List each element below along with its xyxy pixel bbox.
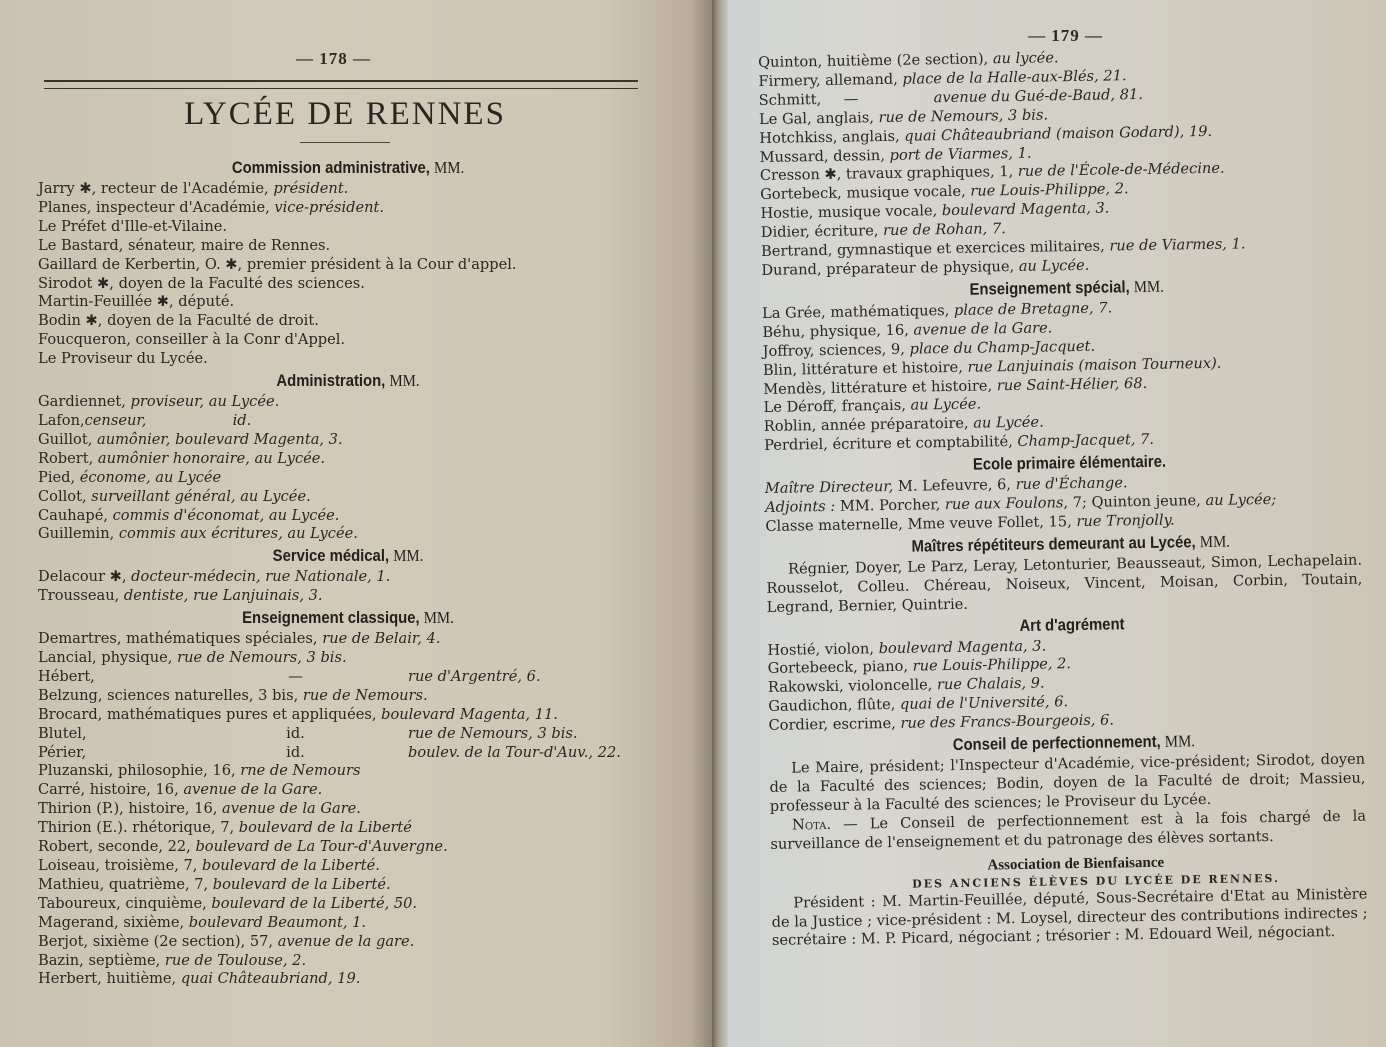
book-gutter bbox=[712, 0, 728, 1047]
entry-address: avenue de la Gare. bbox=[909, 319, 1053, 338]
entry-address: rue de Nemours, 3 bis. bbox=[172, 649, 346, 666]
entry-name: Belzung, bbox=[38, 687, 103, 704]
entry-name: Bodin ✱, bbox=[38, 312, 102, 329]
entry-role: musique vocale, bbox=[842, 183, 966, 202]
entry-address: rue Louis-Philippe, 2. bbox=[908, 656, 1071, 676]
list-item: Lancial, physique, rue de Nemours, 3 bis… bbox=[38, 649, 658, 668]
entry-role: anglais, bbox=[812, 109, 875, 127]
entry-role: commis d'économat, bbox=[108, 507, 264, 524]
entry-role: allemand, bbox=[820, 71, 897, 89]
entry-name: Périer, bbox=[38, 744, 183, 763]
list-item: Taboureux, cinquième, boulevard de la Li… bbox=[38, 895, 658, 914]
list-item: Le Bastard, sénateur, maire de Rennes. bbox=[38, 237, 658, 256]
entry-role: id. bbox=[183, 725, 408, 744]
entry-address: boulevard de la Liberté. bbox=[197, 857, 379, 874]
entry-role: travaux graphiques, 1, bbox=[841, 163, 1013, 183]
entry-name: Herbert, bbox=[38, 970, 102, 987]
section-heading-enseignement-classique: Enseignement classique, MM. bbox=[69, 606, 627, 630]
entry-address: rue de Viarmes, 1. bbox=[1105, 235, 1246, 254]
entry-name: Jarry ✱, bbox=[38, 180, 96, 197]
entry-address: rue des Francs-Bourgeois, 6. bbox=[896, 712, 1114, 732]
entry-role: député. bbox=[174, 293, 235, 310]
list-item: Pluzanski, philosophie, 16, rne de Nemou… bbox=[38, 762, 658, 781]
entry-address: rue de Toulouse, 2. bbox=[160, 952, 306, 969]
entry-name: Cordier, bbox=[768, 716, 828, 734]
entry-role: troisième, 7, bbox=[100, 857, 197, 874]
entry-role: surveillant général, bbox=[87, 488, 236, 505]
entry-name: Loiseau, bbox=[38, 857, 100, 874]
entry-address: port de Viarmes, 1. bbox=[885, 144, 1032, 163]
entry-address: au Lycée bbox=[151, 469, 222, 486]
entry-name: Lafon, bbox=[38, 412, 85, 429]
entry-role: quatrième, 7, bbox=[104, 876, 208, 893]
list-item: Périer,id.boulev. de la Tour-d'Auv., 22. bbox=[38, 744, 658, 763]
list-item: Le Proviseur du Lycée. bbox=[38, 350, 658, 369]
entry-address: rue de Nemours. bbox=[298, 687, 427, 704]
list-item: Magerand, sixième, boulevard Beaumont, 1… bbox=[38, 914, 658, 933]
entry-address: rue de Nemours, 3 bis. bbox=[408, 725, 578, 742]
entry-name: Cauhapé, bbox=[38, 507, 108, 524]
entry-role: physique, bbox=[97, 649, 173, 666]
entry-role: histoire, 16, bbox=[124, 800, 218, 817]
entry-address: boulevard Magenta, 3. bbox=[170, 431, 342, 448]
section-art-agrement-list: Hostié, violon, boulevard Magenta, 3.Gor… bbox=[767, 632, 1378, 736]
entry-name: Le Préfet d'Ille-et-Vilaine. bbox=[38, 218, 227, 235]
entry-name: Brocard, bbox=[38, 706, 102, 723]
entry-role: sixième, bbox=[119, 914, 184, 931]
entry-role: docteur-médecin, bbox=[127, 568, 261, 585]
entry-role: piano, bbox=[858, 658, 908, 676]
entry-role: sénateur, maire de Rennes. bbox=[123, 237, 330, 254]
entry-name: Durand, bbox=[761, 261, 821, 279]
list-item: Robert, seconde, 22, boulevard de La Tou… bbox=[38, 838, 658, 857]
maitres-repetiteurs-paragraph: Régnier, Doyer, Le Parz, Leray, Letontur… bbox=[766, 551, 1363, 617]
entry-name: Blutel, bbox=[38, 725, 183, 744]
entry-name: Mendès, bbox=[763, 379, 826, 397]
entry-address: avenue de la Gare. bbox=[179, 781, 323, 798]
entry-address: rue Lanjuinais, 3. bbox=[188, 587, 322, 604]
page-number-left: — 178 — bbox=[296, 49, 371, 69]
entry-address: rne de Nemours bbox=[236, 762, 361, 779]
entry-role: littérature et histoire, bbox=[797, 358, 963, 378]
association-paragraph: Président : M. Martin-Feuillée, député, … bbox=[771, 885, 1368, 951]
conseil-paragraph: Le Maire, président; l'Inspecteur d'Acad… bbox=[769, 751, 1366, 817]
entry-role: année préparatoire, bbox=[816, 415, 969, 434]
entry-address: id. bbox=[185, 412, 252, 429]
entry-address: rue Lanjuinais (maison Tourneux). bbox=[963, 354, 1222, 375]
list-item: Demartres, mathématiques spéciales, rue … bbox=[38, 630, 658, 649]
entry-address: au Lycée. bbox=[264, 507, 339, 524]
list-item: Bodin ✱, doyen de la Faculté de droit. bbox=[38, 312, 658, 331]
list-item: Sirodot ✱, doyen de la Faculté des scien… bbox=[38, 275, 658, 294]
entry-role: physique, 16, bbox=[805, 321, 909, 340]
list-item: Thirion (E.). rhétorique, 7, boulevard d… bbox=[38, 819, 658, 838]
ecole-primaire-list: Maître Directeur, M. Lefeuvre, 6, rue d'… bbox=[765, 470, 1376, 536]
entry-name: Thirion (P.), bbox=[38, 800, 124, 817]
list-item: Trousseau, dentiste, rue Lanjuinais, 3. bbox=[38, 587, 658, 606]
right-column: Quinton, huitième (2e section), au lycée… bbox=[758, 44, 1382, 951]
list-item: Pied, économe, au Lycée bbox=[38, 469, 658, 488]
entry-name: Béhu, bbox=[762, 323, 805, 341]
entry-name: Pied, bbox=[38, 469, 75, 486]
entry-name: Demartres, bbox=[38, 630, 121, 647]
entry-name: Hostié, bbox=[767, 641, 820, 659]
entry-name: Mussard, bbox=[759, 147, 828, 165]
list-item: Carré, histoire, 16, avenue de la Gare. bbox=[38, 781, 658, 800]
page-title: LYCÉE DE RENNES bbox=[0, 96, 690, 133]
list-item: Herbert, huitième, quai Châteaubriand, 1… bbox=[38, 970, 658, 989]
entry-role: — bbox=[183, 668, 408, 687]
entry-name: Planes, bbox=[38, 199, 91, 216]
list-item: Belzung, sciences naturelles, 3 bis, rue… bbox=[38, 687, 658, 706]
section-administration-list: Gardiennet, proviseur, au Lycée.Lafon, c… bbox=[38, 393, 658, 544]
entry-name: Mathieu, bbox=[38, 876, 104, 893]
entry-address: avenue de la Gare. bbox=[217, 800, 361, 817]
entry-address: rue Saint-Hélier, 68. bbox=[992, 374, 1147, 393]
entry-name: Le Déroff, bbox=[763, 398, 837, 416]
list-item: Foucqueron, conseiller à la Conr d'Appel… bbox=[38, 331, 658, 350]
entry-role: premier président à la Cour d'appel. bbox=[242, 256, 516, 273]
entry-address: boulevard de la Liberté. bbox=[208, 876, 390, 893]
entry-role: huitième, bbox=[102, 970, 176, 987]
list-item: Mathieu, quatrième, 7, boulevard de la L… bbox=[38, 876, 658, 895]
continued-entries-list: Quinton, huitième (2e section), au lycée… bbox=[758, 44, 1371, 280]
entry-name: Hotchkiss, bbox=[759, 128, 837, 146]
entry-name: Thirion (E.). bbox=[38, 819, 128, 836]
section-enseignement-special-list: La Grée, mathématiques, place de Bretagn… bbox=[762, 295, 1374, 456]
entry-address: rue Chalais, 9. bbox=[932, 675, 1045, 694]
entry-address: au Lycée. bbox=[204, 393, 279, 410]
left-column: Commission administrative, MM. Jarry ✱, … bbox=[38, 184, 658, 989]
entry-name: Berjot, bbox=[38, 933, 88, 950]
entry-role: censeur, bbox=[85, 412, 185, 431]
entry-role: escrime, bbox=[828, 715, 896, 733]
entry-role: écriture et comptabilité, bbox=[828, 433, 1013, 453]
entry-address: au Lycée. bbox=[250, 450, 325, 467]
entry-address: boulevard Beaumont, 1. bbox=[184, 914, 366, 931]
list-item: Collot, surveillant général, au Lycée. bbox=[38, 488, 658, 507]
entry-role: mathématiques, bbox=[826, 302, 950, 321]
header-double-rule bbox=[44, 80, 638, 89]
list-item: Thirion (P.), histoire, 16, avenue de la… bbox=[38, 800, 658, 819]
entry-address: vice-président. bbox=[270, 199, 384, 216]
entry-name: Robert, bbox=[38, 450, 93, 467]
entry-name: Delacour ✱, bbox=[38, 568, 127, 585]
entry-role: philosophie, 16, bbox=[113, 762, 235, 779]
entry-role: sciences naturelles, 3 bis, bbox=[103, 687, 299, 704]
list-item: Bazin, septième, rue de Toulouse, 2. bbox=[38, 952, 658, 971]
entry-role: français, bbox=[837, 397, 906, 415]
entry-address: président. bbox=[269, 180, 349, 197]
entry-address: place de la Halle-aux-Blés, 21. bbox=[898, 67, 1127, 88]
entry-name: Hostie, bbox=[760, 204, 813, 222]
entry-role: écriture, bbox=[810, 222, 879, 240]
entry-name: Gardiennet, bbox=[38, 393, 126, 410]
entry-address: avenue du Gué-de-Baud, 81. bbox=[934, 86, 1143, 106]
entry-role: aumônier, bbox=[92, 431, 170, 448]
section-service-medical-list: Delacour ✱, docteur-médecin, rue Nationa… bbox=[38, 568, 658, 606]
list-item: Hébert,—rue d'Argentré, 6. bbox=[38, 668, 658, 687]
entry-address: au lycée. bbox=[988, 49, 1059, 67]
entry-name: Robert, bbox=[38, 838, 93, 855]
entry-name: Joffroy, bbox=[763, 342, 815, 360]
entry-role: préparateur de physique, bbox=[821, 258, 1014, 278]
list-item: Loiseau, troisième, 7, boulevard de la L… bbox=[38, 857, 658, 876]
entry-address: place de Bretagne, 7. bbox=[949, 299, 1112, 319]
entry-address: boulevard de La Tour-d'Auvergne. bbox=[191, 838, 448, 855]
entry-role: anglais, bbox=[837, 127, 900, 145]
entry-role: dessin, bbox=[828, 147, 885, 165]
entry-address: quai Châteaubriand (maison Godard), 19. bbox=[899, 123, 1212, 145]
entry-address: au Lycée. bbox=[906, 396, 981, 414]
entry-name: Rakowski, bbox=[768, 678, 844, 696]
entry-name: Taboureux, bbox=[38, 895, 121, 912]
entry-name: Martin-Feuillée ✱, bbox=[38, 293, 174, 310]
entry-role: septième, bbox=[84, 952, 160, 969]
entry-address: au Lycée. bbox=[968, 414, 1043, 432]
list-item: Guillot, aumônier, boulevard Magenta, 3. bbox=[38, 431, 658, 450]
list-item: Delacour ✱, docteur-médecin, rue Nationa… bbox=[38, 568, 658, 587]
entry-role: histoire, 16, bbox=[85, 781, 179, 798]
entry-address: boulevard de la Liberté, 50. bbox=[207, 895, 417, 912]
nota-paragraph: Nota. — Le Conseil de perfectionnement e… bbox=[770, 807, 1367, 854]
entry-role: littérature et histoire, bbox=[826, 377, 992, 397]
entry-name: Guillot, bbox=[38, 431, 92, 448]
entry-name: Gaudichon, bbox=[768, 697, 852, 715]
section-enseignement-classique-list: Demartres, mathématiques spéciales, rue … bbox=[38, 630, 658, 989]
entry-address: boulevard de la Liberté bbox=[234, 819, 412, 836]
entry-name: Hébert, bbox=[38, 668, 183, 687]
entry-address: place du Champ-Jacquet. bbox=[905, 337, 1095, 357]
title-underline bbox=[300, 142, 390, 143]
list-item: Blutel,id.rue de Nemours, 3 bis. bbox=[38, 725, 658, 744]
list-item: Lafon, censeur,id. bbox=[38, 412, 658, 431]
entry-address: rue de Belair, 4. bbox=[318, 630, 441, 647]
entry-role: recteur de l'Académie, bbox=[96, 180, 268, 197]
entry-address: rue Louis-Philippe, 2. bbox=[966, 181, 1129, 201]
entry-name: Lancial, bbox=[38, 649, 97, 666]
entry-address: rue d'Argentré, 6. bbox=[408, 668, 541, 685]
list-item: Berjot, sixième (2e section), 57, avenue… bbox=[38, 933, 658, 952]
entry-address: au Lycée. bbox=[283, 525, 358, 542]
entry-address: quai de l'Université, 6. bbox=[895, 693, 1068, 713]
entry-address: rue de l'École-de-Médecine. bbox=[1013, 160, 1225, 180]
entry-role: commis aux écritures, bbox=[114, 525, 283, 542]
entry-address: rue de Nemours, 3 bis. bbox=[874, 106, 1048, 126]
entry-role: violoncelle, bbox=[844, 677, 933, 695]
entry-role: sciences, 9, bbox=[814, 340, 905, 358]
entry-address: avenue de la gare. bbox=[273, 933, 414, 950]
list-item: Le Préfet d'Ille-et-Vilaine. bbox=[38, 218, 658, 237]
entry-role: musique vocale, bbox=[813, 202, 937, 221]
entry-name: Collot, bbox=[38, 488, 87, 505]
entry-address: boulev. de la Tour-d'Auv., 22. bbox=[408, 744, 621, 761]
entry-role: mathématiques spéciales, bbox=[121, 630, 317, 647]
entry-name: Le Gal, bbox=[759, 110, 812, 128]
entry-role: dentiste, bbox=[119, 587, 188, 604]
entry-address: boulevard Magenta, 3. bbox=[937, 200, 1109, 220]
entry-address: Champ-Jacquet, 7. bbox=[1013, 431, 1154, 450]
entry-role: doyen de la Faculté de droit. bbox=[102, 312, 318, 329]
entry-role: inspecteur d'Académie, bbox=[91, 199, 269, 216]
entry-role: id. bbox=[183, 744, 408, 763]
entry-name: Perdriel, bbox=[764, 436, 828, 454]
entry-role: conseiller à la Conr d'Appel. bbox=[131, 331, 345, 348]
entry-role: violon, bbox=[820, 640, 874, 658]
entry-address: rue Nationale, 1. bbox=[261, 568, 391, 585]
section-commission-list: Jarry ✱, recteur de l'Académie, présiden… bbox=[38, 180, 658, 369]
entry-role: seconde, 22, bbox=[93, 838, 191, 855]
entry-name: Magerand, bbox=[38, 914, 119, 931]
entry-name: Guillemin, bbox=[38, 525, 114, 542]
entry-address: au Lycée. bbox=[1014, 257, 1089, 275]
list-item: Robert, aumônier honoraire, au Lycée. bbox=[38, 450, 658, 469]
section-heading-commission: Commission administrative, MM. bbox=[69, 156, 627, 180]
entry-name: Carré, bbox=[38, 781, 85, 798]
entry-name: La Grée, bbox=[762, 304, 826, 322]
entry-role: mathématiques pures et appliquées, bbox=[102, 706, 376, 723]
entry-name: Sirodot ✱, bbox=[38, 275, 114, 292]
list-item: Martin-Feuillée ✱, député. bbox=[38, 293, 658, 312]
section-heading-administration: Administration, MM. bbox=[69, 369, 627, 393]
left-page: — 178 — LYCÉE DE RENNES Commission admin… bbox=[0, 0, 712, 1047]
entry-role: proviseur, bbox=[126, 393, 204, 410]
section-heading-service-medical: Service médical, MM. bbox=[69, 544, 627, 568]
entry-address: rue de Rohan, 7. bbox=[878, 220, 1006, 239]
entry-name: Cresson ✱, bbox=[760, 166, 842, 184]
entry-role: sixième (2e section), 57, bbox=[88, 933, 273, 950]
entry-name: Schmitt, bbox=[759, 91, 834, 111]
entry-role: aumônier honoraire, bbox=[93, 450, 250, 467]
page-number-right: — 179 — bbox=[1028, 26, 1103, 46]
list-item: Planes, inspecteur d'Académie, vice-prés… bbox=[38, 199, 658, 218]
entry-name: Foucqueron, bbox=[38, 331, 131, 348]
entry-role: flûte, bbox=[852, 696, 895, 714]
entry-name: Le Bastard, bbox=[38, 237, 123, 254]
entry-role: économe, bbox=[75, 469, 151, 486]
entry-role: doyen de la Faculté des sciences. bbox=[114, 275, 365, 292]
entry-address: boulevard Magenta, 3. bbox=[874, 637, 1046, 657]
list-item: Guillemin, commis aux écritures, au Lycé… bbox=[38, 525, 658, 544]
list-item: Gardiennet, proviseur, au Lycée. bbox=[38, 393, 658, 412]
entry-address: boulevard Magenta, 11. bbox=[376, 706, 557, 723]
entry-name: Blin, bbox=[763, 361, 797, 379]
entry-address: au Lycée. bbox=[236, 488, 311, 505]
list-item: Gaillard de Kerbertin, O. ✱, premier pré… bbox=[38, 256, 658, 275]
entry-name: Roblin, bbox=[764, 417, 817, 435]
entry-role: — bbox=[834, 89, 934, 109]
entry-name: Gortebeeck, bbox=[768, 659, 858, 677]
list-item: Jarry ✱, recteur de l'Académie, présiden… bbox=[38, 180, 658, 199]
entry-address: quai Châteaubriand, 19. bbox=[176, 970, 360, 987]
entry-name: Pluzanski, bbox=[38, 762, 113, 779]
list-item: Cauhapé, commis d'économat, au Lycée. bbox=[38, 507, 658, 526]
list-item: Brocard, mathématiques pures et appliqué… bbox=[38, 706, 658, 725]
entry-name: Bazin, bbox=[38, 952, 84, 969]
entry-role: gymnastique et exercices militaires, bbox=[832, 238, 1105, 259]
entry-name: Bertrand, bbox=[761, 242, 833, 260]
entry-name: Firmery, bbox=[758, 72, 820, 90]
entry-name: Gortebeck, bbox=[760, 185, 842, 203]
entry-name: Trousseau, bbox=[38, 587, 119, 604]
entry-name: Quinton, bbox=[758, 53, 822, 71]
entry-name: Gaillard de Kerbertin, O. ✱, bbox=[38, 256, 242, 273]
entry-role: huitième (2e section), bbox=[822, 50, 988, 70]
entry-role: rhétorique, 7, bbox=[128, 819, 235, 836]
entry-role: cinquième, bbox=[121, 895, 207, 912]
entry-name: Le Proviseur du Lycée. bbox=[38, 350, 208, 367]
entry-name: Didier, bbox=[761, 223, 810, 241]
